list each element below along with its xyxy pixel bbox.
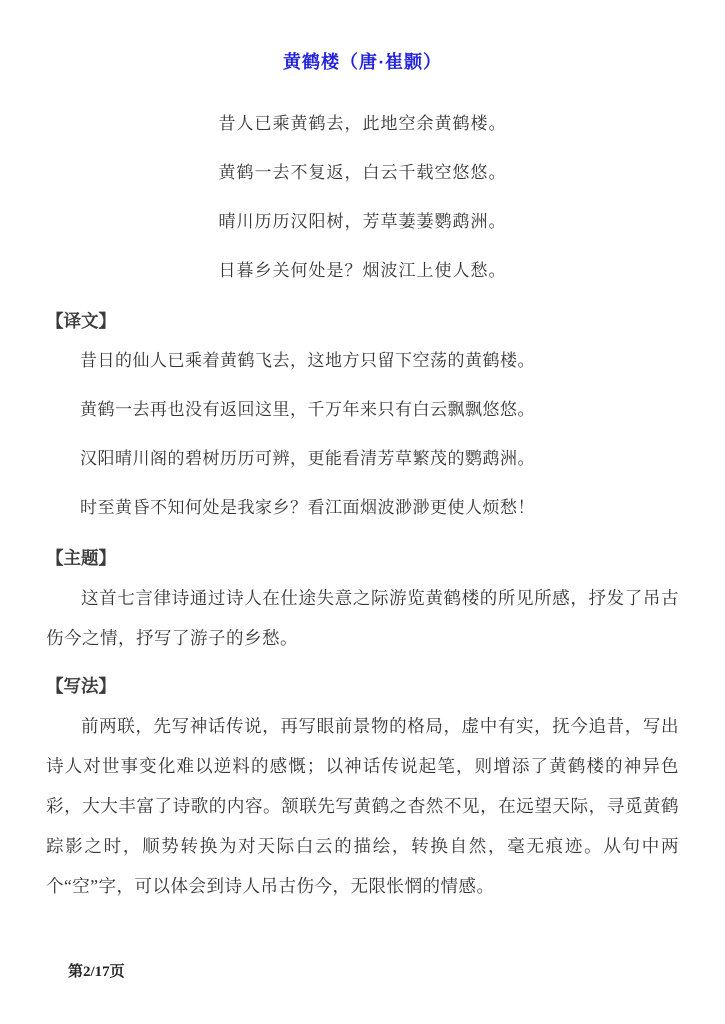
- translation-line: 昔日的仙人已乘着黄鹤飞去，这地方只留下空荡的黄鹤楼。: [46, 350, 679, 372]
- translation-heading: 【译文】: [46, 309, 679, 333]
- document-page: 黄鹤楼（唐·崔颢） 昔人已乘黄鹤去，此地空余黄鹤楼。 黄鹤一去不复返，白云千载空…: [0, 0, 725, 1024]
- translation-line: 时至黄昏不知何处是我家乡？看江面烟波渺渺更使人烦愁！: [46, 497, 679, 519]
- poem-line: 日暮乡关何处是？烟波江上使人愁。: [46, 260, 679, 282]
- technique-paragraph: 前两联，先写神话传说，再写眼前景物的格局，虚中有实，抚今追昔，写出诗人对世事变化…: [46, 706, 679, 906]
- page-number-indicator: 第2/17页: [68, 960, 125, 981]
- poem-title: 黄鹤楼（唐·崔颢）: [46, 50, 679, 74]
- theme-heading: 【主题】: [46, 546, 679, 570]
- theme-paragraph: 这首七言律诗通过诗人在仕途失意之际游览黄鹤楼的所见所感，抒发了吊古伤今之情，抒写…: [46, 578, 679, 658]
- translation-line: 黄鹤一去再也没有返回这里，千万年来只有白云飘飘悠悠。: [46, 399, 679, 421]
- translation-block: 昔日的仙人已乘着黄鹤飞去，这地方只留下空荡的黄鹤楼。 黄鹤一去再也没有返回这里，…: [46, 350, 679, 519]
- poem-line: 晴川历历汉阳树，芳草萋萋鹦鹉洲。: [46, 211, 679, 233]
- poem-line: 黄鹤一去不复返，白云千载空悠悠。: [46, 162, 679, 184]
- poem-line: 昔人已乘黄鹤去，此地空余黄鹤楼。: [46, 113, 679, 135]
- technique-heading: 【写法】: [46, 674, 679, 698]
- poem-block: 昔人已乘黄鹤去，此地空余黄鹤楼。 黄鹤一去不复返，白云千载空悠悠。 晴川历历汉阳…: [46, 113, 679, 282]
- translation-line: 汉阳晴川阁的碧树历历可辨，更能看清芳草繁茂的鹦鹉洲。: [46, 448, 679, 470]
- page-content: 黄鹤楼（唐·崔颢） 昔人已乘黄鹤去，此地空余黄鹤楼。 黄鹤一去不复返，白云千载空…: [0, 0, 725, 906]
